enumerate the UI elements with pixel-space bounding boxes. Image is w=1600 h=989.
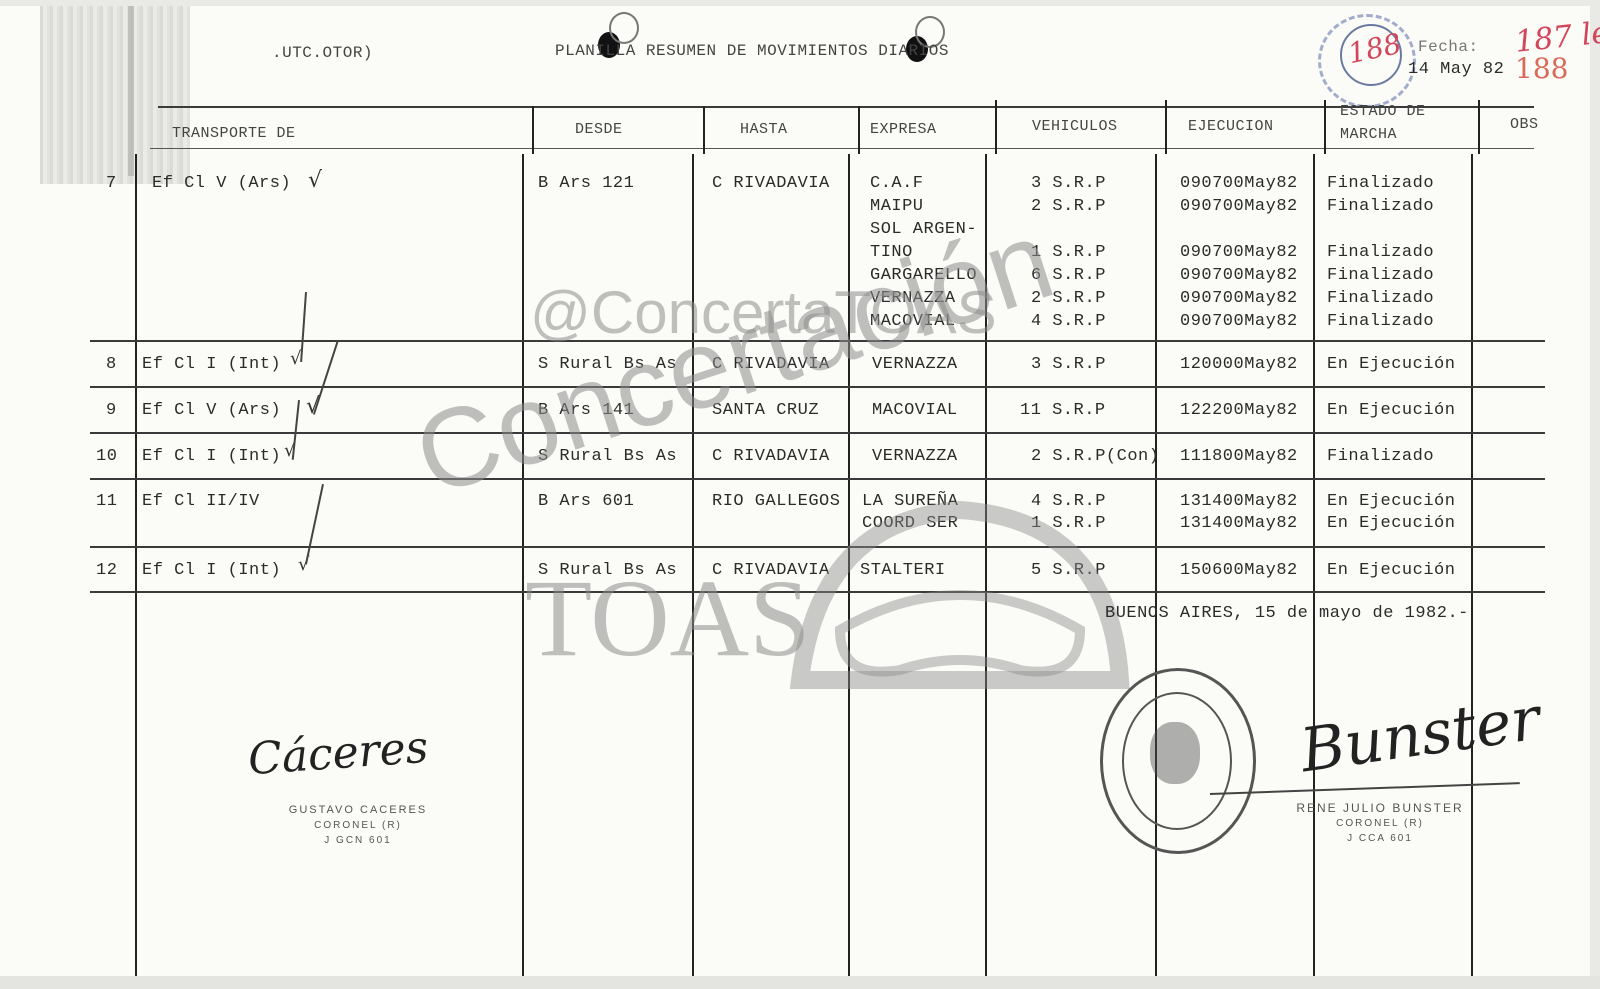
desde-cell: B Ars 601 bbox=[538, 492, 634, 511]
estado-cell: Finalizado bbox=[1327, 289, 1434, 308]
row-separator bbox=[90, 432, 1545, 434]
estado-cell: En Ejecución bbox=[1327, 355, 1455, 374]
transporte-cell: Ef Cl I (Int) bbox=[142, 561, 281, 580]
estado-cell: Finalizado bbox=[1327, 197, 1434, 216]
signer-left-unit: J GCN 601 bbox=[268, 835, 448, 846]
hasta-cell: C RIVADAVIA bbox=[712, 174, 830, 193]
scan-edge-shadow bbox=[40, 6, 190, 184]
coat-of-arms-icon bbox=[1150, 722, 1200, 784]
checkmark-icon: √ bbox=[308, 168, 322, 193]
col-divider-ejecucion bbox=[1155, 154, 1157, 980]
vehiculos-cell: 3 S.R.P bbox=[1031, 355, 1106, 374]
vehiculos-cell: 2 S.R.P bbox=[1031, 197, 1106, 216]
estado-cell: En Ejecución bbox=[1327, 514, 1455, 533]
ejecucion-cell: 090700May82 bbox=[1180, 243, 1298, 262]
ejecucion-cell: 150600May82 bbox=[1180, 561, 1298, 580]
ejecucion-cell: 111800May82 bbox=[1180, 447, 1298, 466]
signer-left-name: GUSTAVO CACERES bbox=[268, 804, 448, 816]
signer-right-name: RENE JULIO BUNSTER bbox=[1290, 801, 1470, 815]
vehiculos-cell: 2 S.R.P(Con) bbox=[1031, 447, 1159, 466]
ejecucion-cell: 090700May82 bbox=[1180, 289, 1298, 308]
col-header-transporte: TRANSPORTE DE bbox=[172, 125, 296, 142]
watermark-helmet-icon bbox=[780, 480, 1140, 720]
col-header-hasta: HASTA bbox=[740, 121, 788, 138]
empresa-cell: C.A.F bbox=[870, 174, 924, 193]
col-header-ejecucion: EJECUCION bbox=[1188, 118, 1274, 135]
scan-edge-line bbox=[128, 6, 134, 176]
estado-cell: En Ejecución bbox=[1327, 561, 1455, 580]
header-divider bbox=[858, 106, 860, 154]
col-header-estado-line1: ESTADO DE bbox=[1340, 103, 1426, 120]
transporte-cell: Ef Cl V (Ars) bbox=[142, 401, 281, 420]
hasta-cell: C RIVADAVIA bbox=[712, 447, 830, 466]
ejecucion-cell: 122200May82 bbox=[1180, 401, 1298, 420]
ejecucion-cell: 131400May82 bbox=[1180, 514, 1298, 533]
row-number: 7 bbox=[106, 174, 117, 193]
header-left-text: .UTC.OTOR) bbox=[272, 44, 373, 62]
watermark-toas: TOAS bbox=[525, 555, 810, 682]
ejecucion-cell: 090700May82 bbox=[1180, 174, 1298, 193]
transporte-cell: Ef Cl V (Ars) bbox=[152, 174, 291, 193]
desde-cell: B Ars 121 bbox=[538, 174, 634, 193]
col-header-empresa: EXPRESA bbox=[870, 121, 937, 138]
fecha-value: 14 May 82 bbox=[1408, 60, 1504, 79]
col-divider-num bbox=[135, 154, 137, 980]
row-number: 9 bbox=[106, 401, 117, 420]
col-header-obs: OBS bbox=[1510, 116, 1539, 133]
empresa-cell: MACOVIAL bbox=[872, 401, 958, 420]
table-top-border bbox=[158, 106, 1534, 108]
empresa-cell: MAIPU bbox=[870, 197, 924, 216]
ejecucion-cell: 090700May82 bbox=[1180, 197, 1298, 216]
header-divider bbox=[1165, 100, 1167, 154]
signer-right-unit: J CCA 601 bbox=[1290, 833, 1470, 844]
header-bottom-border bbox=[150, 148, 1534, 149]
header-divider bbox=[532, 106, 534, 154]
header-divider bbox=[703, 106, 705, 154]
signer-right-rank: CORONEL (R) bbox=[1290, 818, 1470, 829]
row-number: 10 bbox=[96, 447, 117, 466]
col-header-vehiculos: VEHICULOS bbox=[1032, 118, 1118, 135]
estado-cell: Finalizado bbox=[1327, 174, 1434, 193]
vehiculos-cell: 11 S.R.P bbox=[1020, 401, 1106, 420]
estado-cell: En Ejecución bbox=[1327, 492, 1455, 511]
header-divider bbox=[1324, 100, 1326, 154]
col-divider-desde bbox=[522, 154, 524, 980]
stamped-folio: 188 bbox=[1515, 52, 1568, 85]
row-number: 11 bbox=[96, 492, 117, 511]
ejecucion-cell: 131400May82 bbox=[1180, 492, 1298, 511]
fecha-label: Fecha: bbox=[1418, 38, 1479, 56]
col-header-estado-line2: MARCHA bbox=[1340, 126, 1397, 143]
ejecucion-cell: 120000May82 bbox=[1180, 355, 1298, 374]
punch-hole-ring-left bbox=[609, 12, 639, 44]
ejecucion-cell: 090700May82 bbox=[1180, 266, 1298, 285]
col-header-desde: DESDE bbox=[575, 121, 623, 138]
vehiculos-cell: 3 S.R.P bbox=[1031, 174, 1106, 193]
ejecucion-cell: 090700May82 bbox=[1180, 312, 1298, 331]
transporte-cell: Ef Cl II/IV bbox=[142, 492, 260, 511]
scan-bottom-edge bbox=[0, 976, 1600, 989]
estado-cell: Finalizado bbox=[1327, 266, 1434, 285]
row-number: 8 bbox=[106, 355, 117, 374]
transporte-cell: Ef Cl I (Int) bbox=[142, 447, 281, 466]
place-date: BUENOS AIRES, 15 de mayo de 1982.- bbox=[1105, 604, 1469, 623]
row-number: 12 bbox=[96, 561, 117, 580]
signer-left-rank: CORONEL (R) bbox=[268, 820, 448, 831]
header-divider bbox=[1478, 100, 1480, 154]
col-divider-obs bbox=[1471, 154, 1473, 980]
empresa-cell: VERNAZZA bbox=[872, 447, 958, 466]
estado-cell: Finalizado bbox=[1327, 243, 1434, 262]
page-title: PLANILLA RESUMEN DE MOVIMIENTOS DIARIOS bbox=[555, 42, 949, 60]
col-divider-estado bbox=[1313, 154, 1315, 980]
estado-cell: En Ejecución bbox=[1327, 401, 1455, 420]
header-divider bbox=[995, 100, 997, 154]
transporte-cell: Ef Cl I (Int) bbox=[142, 355, 281, 374]
estado-cell: Finalizado bbox=[1327, 312, 1434, 331]
estado-cell: Finalizado bbox=[1327, 447, 1434, 466]
